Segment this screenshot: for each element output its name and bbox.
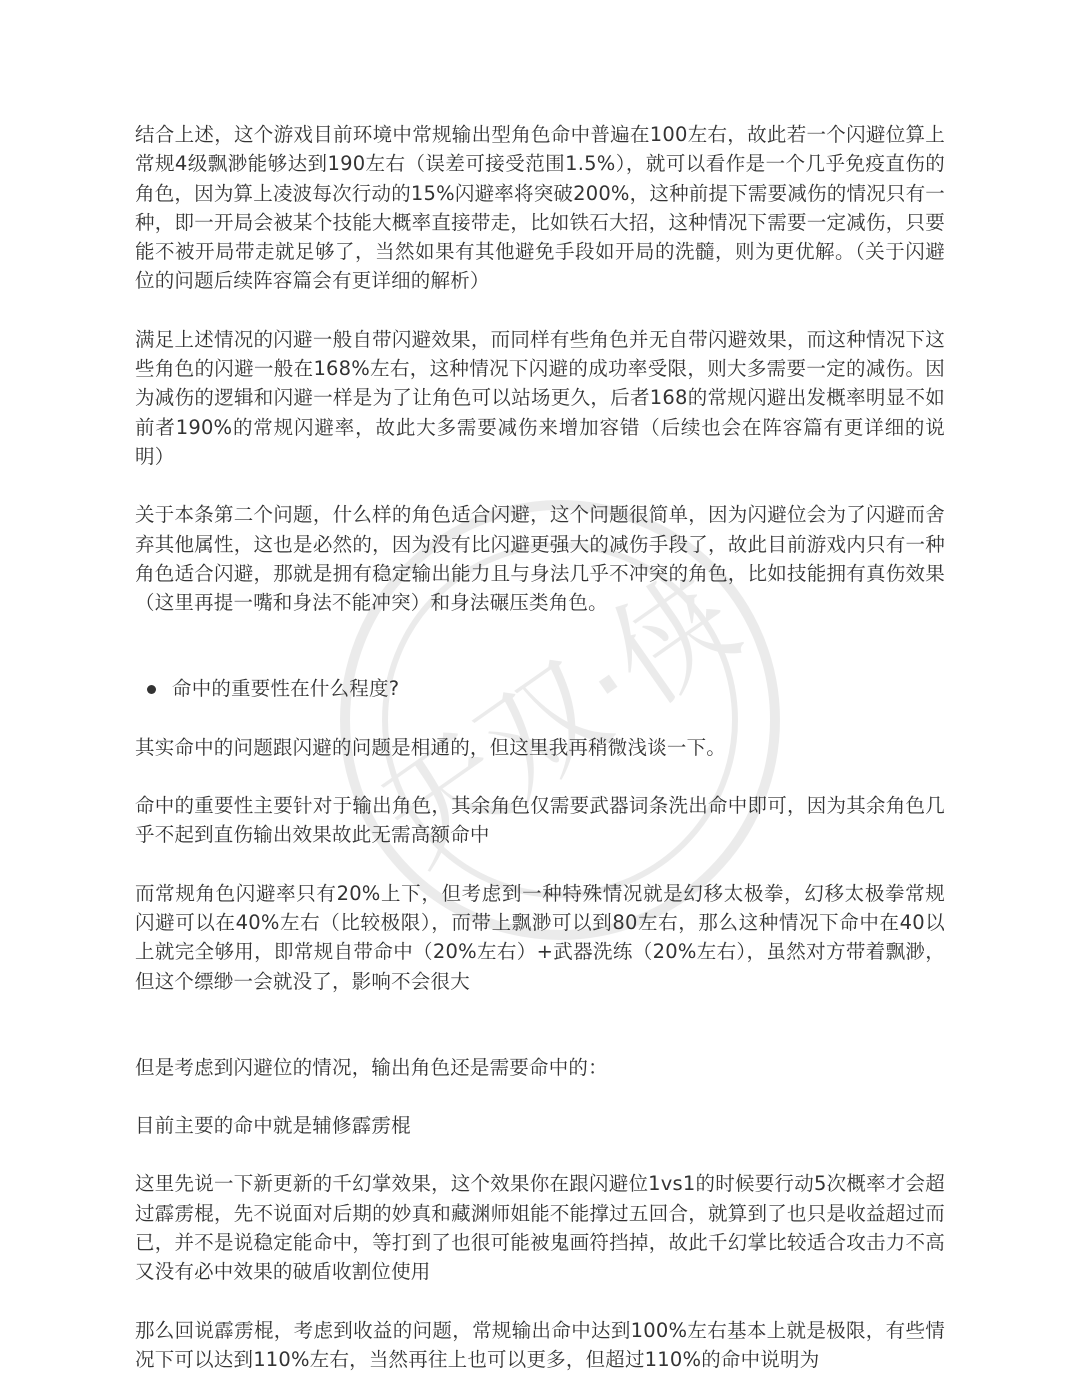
bullet-heading-text: 命中的重要性在什么程度? xyxy=(172,674,399,703)
paragraph-hit-intro: 其实命中的问题跟闪避的问题是相通的，但这里我再稍微浅谈一下。 xyxy=(135,733,945,762)
paragraph-hit-taiji: 而常规角色闪避率只有20%上下，但考虑到一种特殊情况就是幻移太极拳，幻移太极拳常… xyxy=(135,879,945,996)
paragraph-hit-needed: 但是考虑到闪避位的情况，输出角色还是需要命中的： xyxy=(135,1053,945,1082)
bullet-heading: 命中的重要性在什么程度? xyxy=(135,674,945,703)
paragraph-pili-limit: 那么回说霹雳棍，考虑到收益的问题，常规输出命中达到100%左右基本上就是极限，有… xyxy=(135,1316,945,1375)
paragraph-dodge-without-self: 满足上述情况的闪避一般自带闪避效果，而同样有些角色并无自带闪避效果，而这种情况下… xyxy=(135,325,945,471)
document-page: 天双·侠 结合上述，这个游戏目前环境中常规输出型角色命中普遍在100左右，故此若… xyxy=(0,0,1080,1398)
paragraph-hit-pili: 目前主要的命中就是辅修霹雳棍 xyxy=(135,1111,945,1140)
article-body: 结合上述，这个游戏目前环境中常规输出型角色命中普遍在100左右，故此若一个闪避位… xyxy=(135,120,945,1398)
spacer xyxy=(135,1025,945,1053)
paragraph-qianhuan: 这里先说一下新更新的千幻掌效果，这个效果你在跟闪避位1vs1的时候要行动5次概率… xyxy=(135,1169,945,1286)
paragraph-dodge-summary: 结合上述，这个游戏目前环境中常规输出型角色命中普遍在100左右，故此若一个闪避位… xyxy=(135,120,945,296)
bullet-dot-icon xyxy=(147,685,156,694)
paragraph-hit-importance: 命中的重要性主要针对于输出角色，其余角色仅需要武器词条洗出命中即可，因为其余角色… xyxy=(135,791,945,850)
spacer xyxy=(135,646,945,674)
paragraph-dodge-suitable-roles: 关于本条第二个问题，什么样的角色适合闪避，这个问题很简单，因为闪避位会为了闪避而… xyxy=(135,500,945,617)
